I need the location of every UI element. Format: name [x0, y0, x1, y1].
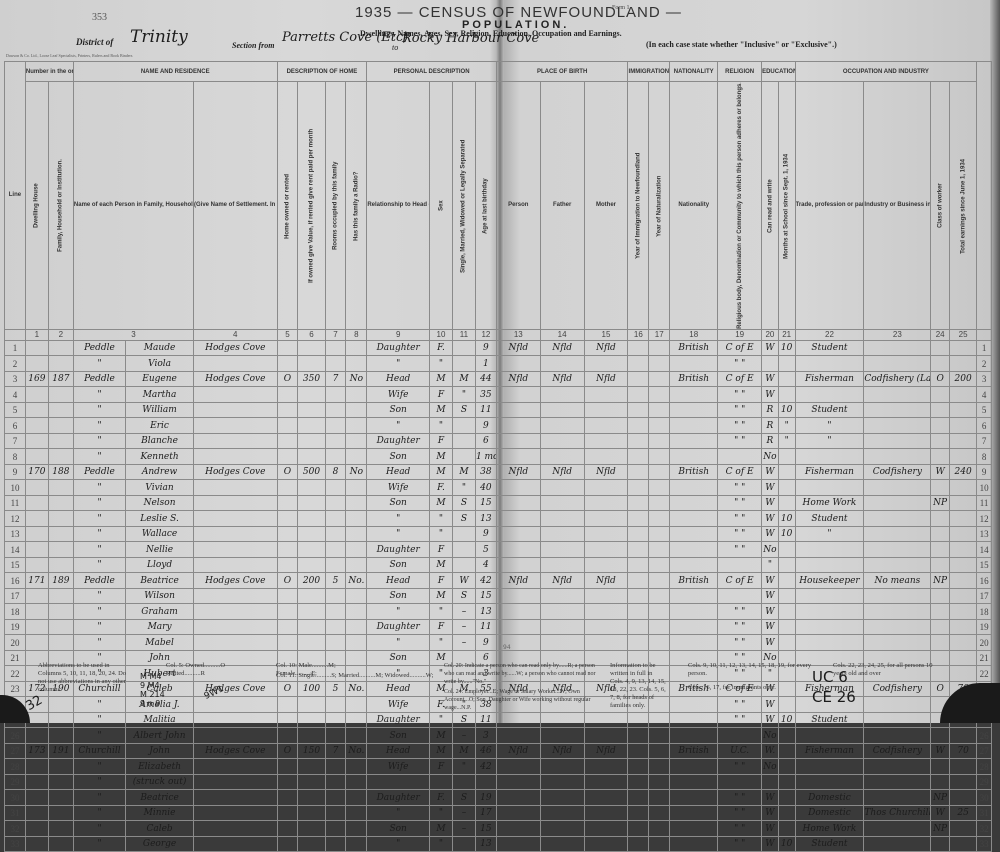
cell-birth-mother [584, 588, 628, 604]
col-earnings: Total earnings since June 1, 1934 [950, 82, 977, 330]
cell-sex: F. [430, 480, 453, 496]
cell-school [778, 449, 795, 465]
cell-class: NP [931, 495, 950, 511]
cell-nationality [670, 356, 718, 372]
cell-earnings [950, 666, 977, 682]
cell-class [931, 387, 950, 403]
cell-given: Beatrice [126, 573, 194, 589]
cell-residence: Hodges Cove [194, 371, 278, 387]
cell-nat-year [649, 526, 670, 542]
cell-class [931, 418, 950, 434]
cell-age: 42 [475, 573, 496, 589]
cell-line: 14 [5, 542, 26, 558]
cell-line: 5 [5, 402, 26, 418]
cell-school: 10 [778, 511, 795, 527]
cell-family [48, 495, 73, 511]
cell-imm [628, 495, 649, 511]
cell-earnings [950, 542, 977, 558]
cell-nat-year [649, 418, 670, 434]
cell-nat-year [649, 712, 670, 723]
cell-age: 15 [475, 588, 496, 604]
cell-family [48, 542, 73, 558]
cell-sex: " [430, 712, 453, 723]
cell-family [48, 387, 73, 403]
cell-age: 11 [475, 402, 496, 418]
cell-surname: " [73, 387, 125, 403]
cell-radio [346, 433, 367, 449]
cell-earnings [950, 557, 977, 573]
cell-dwelling [25, 418, 48, 434]
cell-relation: " [367, 604, 430, 620]
cell-radio [346, 635, 367, 651]
cell-religion: " " [718, 387, 762, 403]
cell-age: 38 [475, 464, 496, 480]
cell-industry [864, 635, 931, 651]
footer-every-person: Cols. 9, 10, 11, 12, 13, 14, 15, 18, 19,… [688, 662, 818, 678]
cell-age: 9 [475, 526, 496, 542]
cell-marital [452, 557, 475, 573]
cell-given: Nelson [126, 495, 194, 511]
cell-residence [194, 387, 278, 403]
cell-value [298, 402, 325, 418]
cell-surname: " [73, 635, 125, 651]
cell-nat-year [649, 557, 670, 573]
footer-col24: Col. 24: Employer...E; Wage or Salary Wo… [444, 688, 604, 712]
cell-read: W [762, 495, 779, 511]
cell-dwelling [25, 635, 48, 651]
table-row: 11 " Nelson Son M S 15 " " W Home Work N… [5, 495, 992, 511]
cell-rooms [325, 619, 346, 635]
cell-school [778, 480, 795, 496]
census-table: Line Number in the order of Visitation N… [4, 61, 992, 723]
cell-birth-person: Nfld [496, 340, 540, 356]
cell-earnings [950, 418, 977, 434]
cell-industry [864, 697, 931, 713]
cell-dwelling [25, 619, 48, 635]
cell-sex: " [430, 511, 453, 527]
cell-age: 4 [475, 557, 496, 573]
cell-nat-year [649, 573, 670, 589]
table-row: 15 " Lloyd Son M 4 " 15 [5, 557, 992, 573]
cell-surname: Peddle [73, 573, 125, 589]
cell-marital: S [452, 712, 475, 723]
table-row: 14 " Nellie Daughter F 5 " " No 14 [5, 542, 992, 558]
cell-surname: Peddle [73, 371, 125, 387]
cell-imm [628, 371, 649, 387]
cell-nationality [670, 542, 718, 558]
district-value: Trinity [130, 27, 188, 47]
cell-read: W [762, 619, 779, 635]
cell-rooms [325, 526, 346, 542]
cell-religion: C of E [718, 573, 762, 589]
cell-sex: M [430, 449, 453, 465]
cell-line: 8 [977, 449, 992, 465]
col-line: Line [5, 62, 26, 330]
cell-earnings: 200 [950, 371, 977, 387]
table-row: 25 " Malitia Daughter " S 11 " " W 10 St… [5, 712, 992, 723]
cell-relation: Son [367, 588, 430, 604]
cell-owned: O [277, 681, 298, 697]
cell-rooms [325, 511, 346, 527]
cell-class [931, 480, 950, 496]
cell-line: 7 [5, 433, 26, 449]
cell-line: 3 [977, 371, 992, 387]
cell-religion: " " [718, 418, 762, 434]
cell-rooms [325, 557, 346, 573]
cell-nationality [670, 697, 718, 713]
cell-family [48, 480, 73, 496]
cell-occupation [795, 542, 864, 558]
col-dwelling: Dwelling House [25, 82, 48, 330]
cell-family [48, 402, 73, 418]
cell-owned: O [277, 573, 298, 589]
cell-industry [864, 387, 931, 403]
cell-class [931, 619, 950, 635]
cell-surname: " [73, 480, 125, 496]
cell-line: 19 [977, 619, 992, 635]
cell-value [298, 340, 325, 356]
cell-birth-father: Nfld [540, 464, 584, 480]
cell-nationality [670, 433, 718, 449]
cell-owned [277, 449, 298, 465]
cell-school [778, 356, 795, 372]
cell-value [298, 511, 325, 527]
col-relationship: Relationship to Head of Family or Househ… [367, 82, 430, 330]
cell-marital [452, 418, 475, 434]
cell-birth-father [540, 449, 584, 465]
cell-value [298, 387, 325, 403]
cell-birth-person [496, 557, 540, 573]
cell-sex: M [430, 371, 453, 387]
table-row: 2 " Viola " " 1 " " 2 [5, 356, 992, 372]
cell-rooms [325, 712, 346, 723]
cell-value [298, 526, 325, 542]
cell-school [778, 371, 795, 387]
cell-owned [277, 402, 298, 418]
cell-value [298, 557, 325, 573]
table-row: 13 " Wallace " " 9 " " W 10 " 13 [5, 526, 992, 542]
cell-industry: No means [864, 573, 931, 589]
cell-value: 200 [298, 573, 325, 589]
cell-relation: Head [367, 573, 430, 589]
footer-abbreviations: Abbreviations to be used in Columns 5, 1… [38, 662, 130, 694]
cell-industry [864, 340, 931, 356]
cell-class [931, 557, 950, 573]
group-education: EDUCATION [762, 62, 795, 82]
table-row: 12 " Leslie S. " " S 13 " " W 10 Student… [5, 511, 992, 527]
cell-line: 13 [5, 526, 26, 542]
cell-occupation: " [795, 433, 864, 449]
cell-nationality [670, 511, 718, 527]
cell-birth-mother [584, 712, 628, 723]
cell-given: Viola [126, 356, 194, 372]
cell-nat-year [649, 542, 670, 558]
cell-owned [277, 387, 298, 403]
cell-sex: M [430, 495, 453, 511]
cell-read: W [762, 697, 779, 713]
cell-sex: F [430, 387, 453, 403]
cell-imm [628, 449, 649, 465]
cell-imm [628, 712, 649, 723]
cell-sex: " [430, 526, 453, 542]
cell-value [298, 588, 325, 604]
col-nationality: Nationality [670, 82, 718, 330]
cell-dwelling [25, 511, 48, 527]
cell-rooms [325, 635, 346, 651]
cell-occupation: Student [795, 511, 864, 527]
col-occupation: Trade, profession or particular kind of … [795, 82, 864, 330]
cell-surname: " [73, 697, 125, 713]
cell-birth-father [540, 526, 584, 542]
cell-read: No [762, 449, 779, 465]
cell-radio [346, 495, 367, 511]
cell-religion: " " [718, 356, 762, 372]
group-name-residence: NAME AND RESIDENCE [73, 62, 277, 82]
cell-owned [277, 697, 298, 713]
cell-class [931, 635, 950, 651]
margin-note: 94 [503, 644, 511, 651]
cell-radio [346, 356, 367, 372]
cell-read: W [762, 712, 779, 723]
cell-birth-person [496, 495, 540, 511]
cell-line: 12 [977, 511, 992, 527]
cell-line: 21 [5, 650, 26, 666]
cell-nat-year [649, 604, 670, 620]
cell-nationality [670, 418, 718, 434]
cell-owned [277, 635, 298, 651]
cell-family [48, 697, 73, 713]
col-school-months: Months at School since Sept. 1, 1934 [778, 82, 795, 330]
cell-line: 17 [5, 588, 26, 604]
cell-birth-mother [584, 526, 628, 542]
cell-sex: M [430, 464, 453, 480]
cell-imm [628, 604, 649, 620]
cell-birth-person: Nfld [496, 573, 540, 589]
cell-nat-year [649, 356, 670, 372]
cell-given: Wilson [126, 588, 194, 604]
cell-radio [346, 557, 367, 573]
cell-religion: C of E [718, 464, 762, 480]
cell-radio: No. [346, 681, 367, 697]
cell-owned [277, 526, 298, 542]
cell-read: W [762, 588, 779, 604]
cell-industry [864, 418, 931, 434]
cell-line: 17 [977, 588, 992, 604]
cell-value [298, 356, 325, 372]
cell-surname: " [73, 557, 125, 573]
cell-sex: F [430, 619, 453, 635]
cell-radio [346, 480, 367, 496]
cell-nat-year [649, 402, 670, 418]
cell-school: 10 [778, 340, 795, 356]
cell-birth-father [540, 387, 584, 403]
cell-line: 11 [977, 495, 992, 511]
cell-industry [864, 449, 931, 465]
cell-rooms [325, 495, 346, 511]
footer-col20: Col. 20: Indicate a person who can read … [444, 662, 604, 686]
cell-read: W [762, 635, 779, 651]
cell-class [931, 433, 950, 449]
cell-radio [346, 604, 367, 620]
cell-surname: Peddle [73, 340, 125, 356]
cell-read: W [762, 573, 779, 589]
cell-owned [277, 511, 298, 527]
cell-line: 10 [5, 480, 26, 496]
cell-birth-mother [584, 356, 628, 372]
cell-residence [194, 526, 278, 542]
cell-imm [628, 433, 649, 449]
group-religion: RELIGION [718, 62, 762, 82]
cell-birth-father [540, 619, 584, 635]
cell-birth-father [540, 418, 584, 434]
cell-rooms [325, 402, 346, 418]
cell-religion: " " [718, 511, 762, 527]
cell-owned [277, 588, 298, 604]
cell-line: 19 [5, 619, 26, 635]
cell-nationality: British [670, 340, 718, 356]
cell-line: 1 [977, 340, 992, 356]
cell-value [298, 433, 325, 449]
cell-value [298, 697, 325, 713]
cell-family: 187 [48, 371, 73, 387]
cell-imm [628, 511, 649, 527]
cell-imm [628, 588, 649, 604]
cell-birth-person [496, 588, 540, 604]
cell-line: 15 [5, 557, 26, 573]
cell-class [931, 402, 950, 418]
cell-imm [628, 573, 649, 589]
cell-earnings [950, 604, 977, 620]
cell-age: 40 [475, 480, 496, 496]
cell-class [931, 449, 950, 465]
cell-nationality: British [670, 464, 718, 480]
group-immigration: IMMIGRATION [628, 62, 670, 82]
cell-radio [346, 697, 367, 713]
cell-value [298, 604, 325, 620]
cell-nationality [670, 635, 718, 651]
inclusive-note: (In each case state whether "Inclusive" … [646, 40, 837, 49]
cell-dwelling [25, 433, 48, 449]
cell-industry [864, 619, 931, 635]
cell-rooms [325, 418, 346, 434]
footer-full-info: Information to be written in full in Col… [610, 662, 666, 710]
cell-imm [628, 340, 649, 356]
cell-sex: " [430, 356, 453, 372]
cell-rooms: 5 [325, 681, 346, 697]
table-row: 6 " Eric " " 9 " " R " " 6 [5, 418, 992, 434]
cell-owned [277, 480, 298, 496]
cell-line: 18 [977, 604, 992, 620]
cell-earnings [950, 650, 977, 666]
cell-radio [346, 340, 367, 356]
cell-occupation [795, 588, 864, 604]
cell-sex: " [430, 604, 453, 620]
table-row: 10 " Vivian Wife F. " 40 " " W 10 [5, 480, 992, 496]
cell-line: 11 [5, 495, 26, 511]
cell-surname: " [73, 712, 125, 723]
cell-birth-father [540, 542, 584, 558]
cell-owned [277, 604, 298, 620]
cell-birth-father [540, 588, 584, 604]
cell-radio [346, 712, 367, 723]
cell-class [931, 542, 950, 558]
cell-given: Vivian [126, 480, 194, 496]
cell-age: 11 [475, 619, 496, 635]
cell-industry [864, 542, 931, 558]
cell-earnings [950, 387, 977, 403]
cell-read: No [762, 542, 779, 558]
cell-dwelling [25, 402, 48, 418]
cell-residence [194, 495, 278, 511]
cell-relation: Son [367, 650, 430, 666]
cell-relation: " [367, 526, 430, 542]
cell-birth-mother: Nfld [584, 340, 628, 356]
cell-rooms [325, 604, 346, 620]
cell-surname: " [73, 449, 125, 465]
cell-given: Blanche [126, 433, 194, 449]
cell-radio [346, 402, 367, 418]
cell-read: W [762, 371, 779, 387]
cell-read: W [762, 526, 779, 542]
cell-line: 6 [977, 418, 992, 434]
cell-line: 9 [977, 464, 992, 480]
cell-occupation [795, 449, 864, 465]
cell-line: 9 [5, 464, 26, 480]
cell-school [778, 542, 795, 558]
cell-read: " [762, 557, 779, 573]
cell-family [48, 449, 73, 465]
cell-birth-father [540, 511, 584, 527]
cell-industry: Codfishery [864, 464, 931, 480]
cell-read: W [762, 340, 779, 356]
col-residence: (Give Name of Settlement. In Towns give … [194, 82, 278, 330]
cell-birth-person [496, 418, 540, 434]
cell-sex: F. [430, 340, 453, 356]
cell-earnings [950, 619, 977, 635]
cell-school [778, 464, 795, 480]
cell-birth-mother: Nfld [584, 371, 628, 387]
cell-read [762, 356, 779, 372]
cell-given: Eugene [126, 371, 194, 387]
cell-marital [452, 526, 475, 542]
cell-owned [277, 356, 298, 372]
cell-rooms [325, 542, 346, 558]
cell-rooms [325, 480, 346, 496]
cell-occupation: Student [795, 402, 864, 418]
cell-owned [277, 433, 298, 449]
cell-occupation [795, 635, 864, 651]
cell-owned [277, 557, 298, 573]
cell-birth-mother [584, 542, 628, 558]
cell-residence [194, 542, 278, 558]
cell-school: " [778, 418, 795, 434]
cell-industry [864, 402, 931, 418]
cell-age: 35 [475, 387, 496, 403]
cell-school: " [778, 433, 795, 449]
cell-nat-year [649, 635, 670, 651]
cell-imm [628, 619, 649, 635]
cell-birth-person [496, 511, 540, 527]
cell-earnings [950, 511, 977, 527]
cell-relation: Son [367, 557, 430, 573]
table-row: 3 169 187 Peddle Eugene Hodges Cove O 35… [5, 371, 992, 387]
col-rooms: Rooms occupied by this family [325, 82, 346, 330]
cell-residence [194, 619, 278, 635]
cell-relation: Son [367, 402, 430, 418]
cell-occupation: Fisherman [795, 371, 864, 387]
cell-family [48, 712, 73, 723]
cell-line: 3 [5, 371, 26, 387]
